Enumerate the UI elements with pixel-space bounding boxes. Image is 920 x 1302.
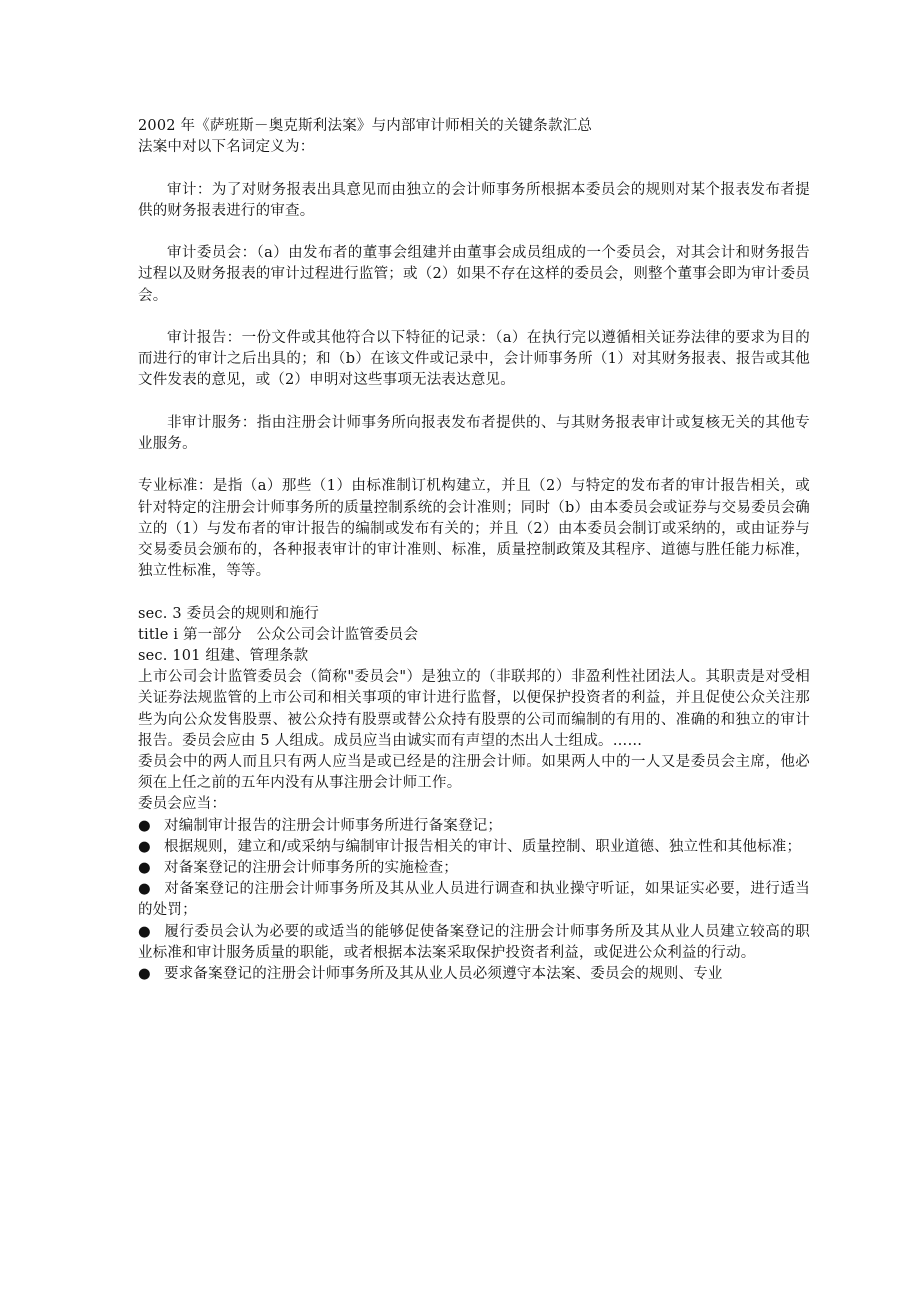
spacer xyxy=(138,392,810,413)
bullet-icon: ● xyxy=(138,922,164,943)
definition-audit: 审计：为了对财务报表出具意见而由独立的会计师事务所根据本委员会的规则对某个报表发… xyxy=(138,180,810,222)
bullet-icon: ● xyxy=(138,879,164,900)
duty-item: ●要求备案登记的注册会计师事务所及其从业人员必须遵守本法案、委员会的规则、专业 xyxy=(138,964,810,985)
sec101-body: 上市公司会计监管委员会（简称"委员会"）是独立的（非联邦的）非盈利性社团法人。其… xyxy=(138,667,810,752)
duty-item: ●根据规则，建立和/或采纳与编制审计报告相关的审计、质量控制、职业道德、独立性和… xyxy=(138,837,810,858)
spacer xyxy=(138,307,810,328)
definition-audit-committee: 审计委员会：（a）由发布者的董事会组建并由董事会成员组成的一个委员会，对其会计和… xyxy=(138,243,810,307)
spacer xyxy=(138,222,810,243)
duty-text: 履行委员会认为必要的或适当的能够促使备案登记的注册会计师事务所及其从业人员建立较… xyxy=(138,924,810,961)
duty-item: ●对备案登记的注册会计师事务所及其从业人员进行调查和执业操守听证，如果证实必要，… xyxy=(138,879,810,921)
duty-item: ●对备案登记的注册会计师事务所的实施检查； xyxy=(138,858,810,879)
bullet-icon: ● xyxy=(138,964,164,985)
members-cpa-paragraph: 委员会中的两人而且只有两人应当是或已经是的注册会计师。如果两人中的一人又是委员会… xyxy=(138,752,810,794)
duty-text: 对编制审计报告的注册会计师事务所进行备案登记； xyxy=(164,818,502,834)
definition-non-audit-services: 非审计服务：指由注册会计师事务所向报表发布者提供的、与其财务报表审计或复核无关的… xyxy=(138,413,810,455)
section-heading-sec101: sec. 101 组建、管理条款 xyxy=(138,646,810,667)
bullet-icon: ● xyxy=(138,858,164,879)
definition-audit-report: 审计报告：一份文件或其他符合以下特征的记录：（a）在执行完以遵循相关证券法律的要… xyxy=(138,328,810,392)
section-heading-title-i: title i 第一部分 公众公司会计监管委员会 xyxy=(138,625,810,646)
duty-item: ●对编制审计报告的注册会计师事务所进行备案登记； xyxy=(138,816,810,837)
duty-item: ●履行委员会认为必要的或适当的能够促使备案登记的注册会计师事务所及其从业人员建立… xyxy=(138,922,810,964)
document-page: 2002 年《萨班斯－奥克斯利法案》与内部审计师相关的关键条款汇总 法案中对以下… xyxy=(138,116,810,985)
bullet-icon: ● xyxy=(138,816,164,837)
spacer xyxy=(138,582,810,603)
duty-text: 要求备案登记的注册会计师事务所及其从业人员必须遵守本法案、委员会的规则、专业 xyxy=(164,966,723,982)
spacer xyxy=(138,158,810,179)
definitions-intro: 法案中对以下名词定义为： xyxy=(138,137,810,158)
section-heading-sec3: sec. 3 委员会的规则和施行 xyxy=(138,604,810,625)
duty-text: 根据规则，建立和/或采纳与编制审计报告相关的审计、质量控制、职业道德、独立性和其… xyxy=(164,839,801,855)
duty-text: 对备案登记的注册会计师事务所及其从业人员进行调查和执业操守听证，如果证实必要，进… xyxy=(138,881,810,918)
document-title: 2002 年《萨班斯－奥克斯利法案》与内部审计师相关的关键条款汇总 xyxy=(138,116,810,137)
duty-text: 对备案登记的注册会计师事务所的实施检查； xyxy=(164,860,458,876)
bullet-icon: ● xyxy=(138,837,164,858)
duties-intro: 委员会应当： xyxy=(138,794,810,815)
definition-professional-standards: 专业标准：是指（a）那些（1）由标准制订机构建立，并且（2）与特定的发布者的审计… xyxy=(138,476,810,582)
spacer xyxy=(138,455,810,476)
